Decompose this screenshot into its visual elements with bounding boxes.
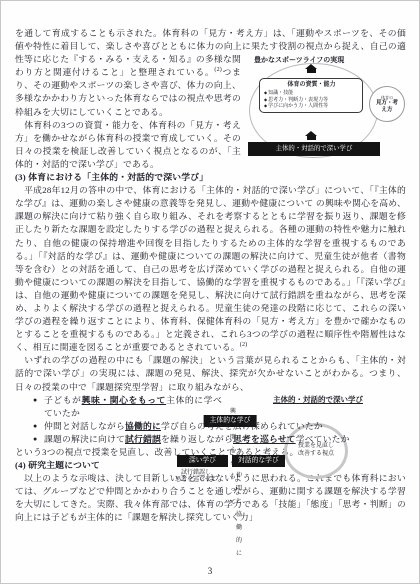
bullet-icon: ● [33, 394, 37, 407]
review-viewpoint-list: ●子どもが興味・関心をもって主体的に学べていたか ●仲間と対話しながら協働的に学… [15, 394, 406, 446]
collaboration-caption: 仲間と協働的に [236, 470, 242, 562]
underlined-term: 興味・関心をもって [82, 395, 167, 405]
up-arrow-icon [300, 64, 322, 73]
ability-item: ◆学びに向かう力・人間性等 [264, 103, 359, 110]
deep-learning-box: 深い学び [177, 455, 228, 467]
document-page: を通して育成することも示された。体育科の「見方・考え方」は、「運動やスポーツを、… [0, 0, 420, 584]
trial-error-caption: 試行錯誤し思考を巡らせて [162, 470, 230, 485]
paragraph-text: を通して育成することも示された。体育科の「見方・考え方」は、「運動やスポーツを、… [15, 28, 406, 51]
abilities-box: 体育の資質・能力 ◆知識・技能 ◆思考力・判断力・表現力等 ◆学びに向かう力・人… [259, 78, 363, 113]
list-item: ●子どもが興味・関心をもって主体的に学べていたか [33, 394, 406, 420]
paragraph-text: いずれの学びの過程の中にも「課題の解決」という言葉が見られることからも、「主体的… [15, 355, 406, 391]
heading-section-3: (3) 体育における「主体的・対話的で深い学び」 [15, 171, 406, 184]
paragraph-text: 平成28年12月の答申の中で、体育における「主体的・対話的で深い学び」について、… [15, 185, 406, 352]
list-item: ●仲間と対話しながら協働的に学び自らの考えを広げ深められていたか [33, 420, 406, 433]
citation-superscript: (2) [214, 67, 222, 73]
citation-superscript: (2) [240, 342, 248, 348]
mikata-circle-label: 見方・考え方 [375, 100, 399, 113]
deep-learning-banner: 主体的・対話的で深い学び [248, 142, 380, 156]
bullet-icon: ● [33, 433, 37, 446]
interactive-learning-box: 対話的な学び [232, 455, 285, 467]
mikata-circle: 体育の 見方・考え方 [369, 86, 405, 122]
paragraph-mikata-kangaekata: を通して育成することも示された。体育科の「見方・考え方」は、「運動やスポーツを、… [15, 27, 406, 119]
underlined-term: 試行錯誤 [125, 434, 161, 444]
diamond-bullet-icon: ◆ [264, 103, 267, 108]
underlined-term: 協働的に [125, 421, 161, 431]
list-item: ●課題の解決に向けて試行錯誤を繰り返しながら思考を巡らせて学べていたか [33, 433, 406, 446]
document-content: を通して育成することも示された。体育科の「見方・考え方」は、「運動やスポーツを、… [1, 1, 419, 525]
up-arrow-icon [300, 131, 322, 140]
underlined-term: 思考を巡らせて [233, 434, 296, 444]
diamond-bullet-icon: ◆ [264, 90, 267, 95]
page-number: 3 [1, 566, 419, 576]
paragraph-toushin-definition: 平成28年12月の答申の中で、体育における「主体的・対話的で深い学び」について、… [15, 184, 406, 354]
figure-rich-sports-life-diagram: 豊かなスポーツライフの実現 体育の資質・能力 ◆知識・技能 ◆思考力・判断力・表… [248, 54, 406, 160]
diamond-bullet-icon: ◆ [264, 97, 267, 102]
abilities-box-title: 体育の資質・能力 [264, 81, 359, 89]
bullet-icon: ● [33, 420, 37, 433]
paragraph-kadai-tankyuu: いずれの学びの過程の中にも「課題の解決」という言葉が見られることからも、「主体的… [15, 354, 406, 393]
